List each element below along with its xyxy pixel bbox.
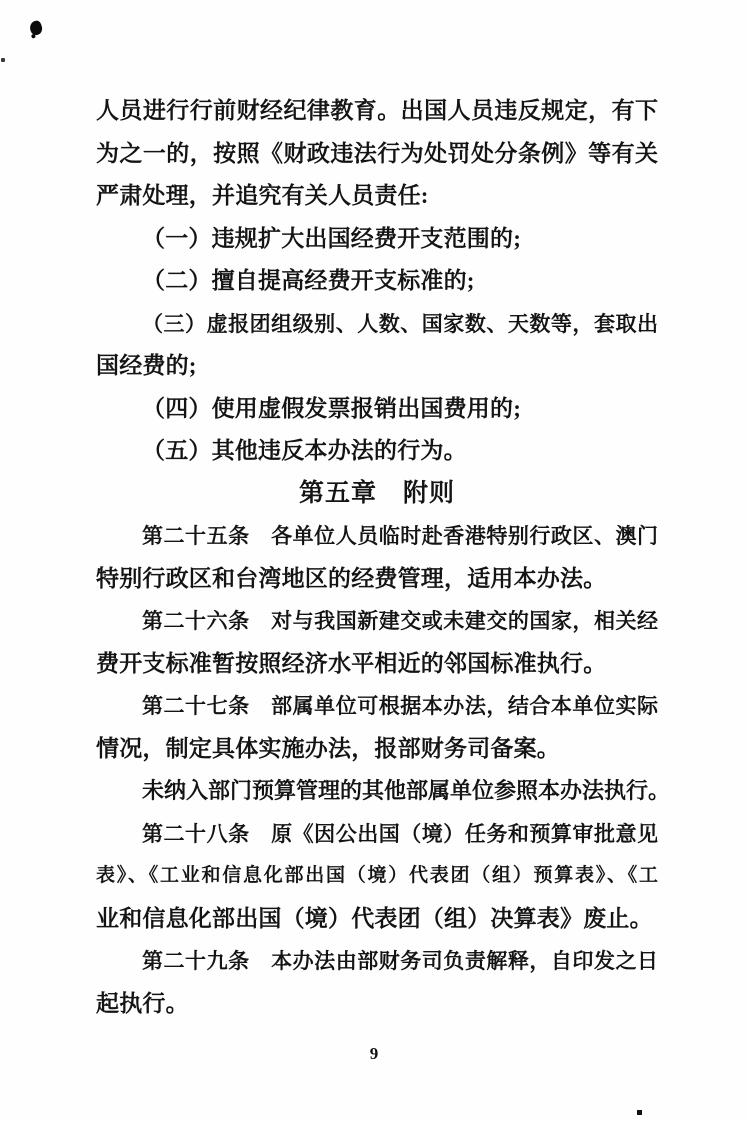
list-item-line: （三）虚报团组级别、人数、国家数、天数等，套取出: [96, 303, 658, 346]
article-line: 第二十七条 部属单位可根据本办法，结合本单位实际: [96, 685, 658, 728]
body-line: 国经费的;: [96, 345, 658, 388]
list-item-line: （一）违规扩大出国经费开支范围的;: [96, 218, 658, 261]
article-line: 第二十九条 本办法由部财务司负责解释，自印发之日: [96, 940, 658, 983]
body-line: 未纳入部门预算管理的其他部属单位参照本办法执行。: [96, 770, 658, 813]
body-line: 情况，制定具体实施办法，报部财务司备案。: [96, 728, 658, 771]
ink-blot-artifact: [28, 19, 44, 36]
page-footer: 9: [0, 1044, 748, 1064]
list-item-line: （二）擅自提高经费开支标准的;: [96, 260, 658, 303]
body-line: 严肃处理，并追究有关人员责任:: [96, 175, 658, 218]
scan-speck-bottom: [637, 1110, 642, 1115]
list-item-line: （五）其他违反本办法的行为。: [96, 430, 658, 473]
body-line: 人员进行行前财经纪律教育。出国人员违反规定，有下列行: [96, 90, 658, 133]
article-line: 第二十六条 对与我国新建交或未建交的国家，相关经: [96, 600, 658, 643]
page-number: 9: [370, 1044, 379, 1063]
body-line: 表》、《工业和信息化部出国（境）代表团（组）预算表》、《工: [96, 855, 658, 898]
document-body: 人员进行行前财经纪律教育。出国人员违反规定，有下列行为之一的，按照《财政违法行为…: [96, 90, 658, 1025]
document-page: 人员进行行前财经纪律教育。出国人员违反规定，有下列行为之一的，按照《财政违法行为…: [0, 0, 748, 1122]
body-line: 为之一的，按照《财政违法行为处罚处分条例》等有关规定: [96, 133, 658, 176]
scan-speck-left: [1, 58, 5, 62]
body-line: 起执行。: [96, 983, 658, 1026]
body-line: 业和信息化部出国（境）代表团（组）决算表》废止。: [96, 898, 658, 941]
body-line: 特别行政区和台湾地区的经费管理，适用本办法。: [96, 558, 658, 601]
chapter-heading: 第五章 附则: [96, 473, 658, 516]
list-item-line: （四）使用虚假发票报销出国费用的;: [96, 388, 658, 431]
body-line: 费开支标准暂按照经济水平相近的邻国标准执行。: [96, 643, 658, 686]
article-line: 第二十五条 各单位人员临时赴香港特别行政区、澳门: [96, 515, 658, 558]
article-line: 第二十八条 原《因公出国（境）任务和预算审批意见: [96, 813, 658, 856]
